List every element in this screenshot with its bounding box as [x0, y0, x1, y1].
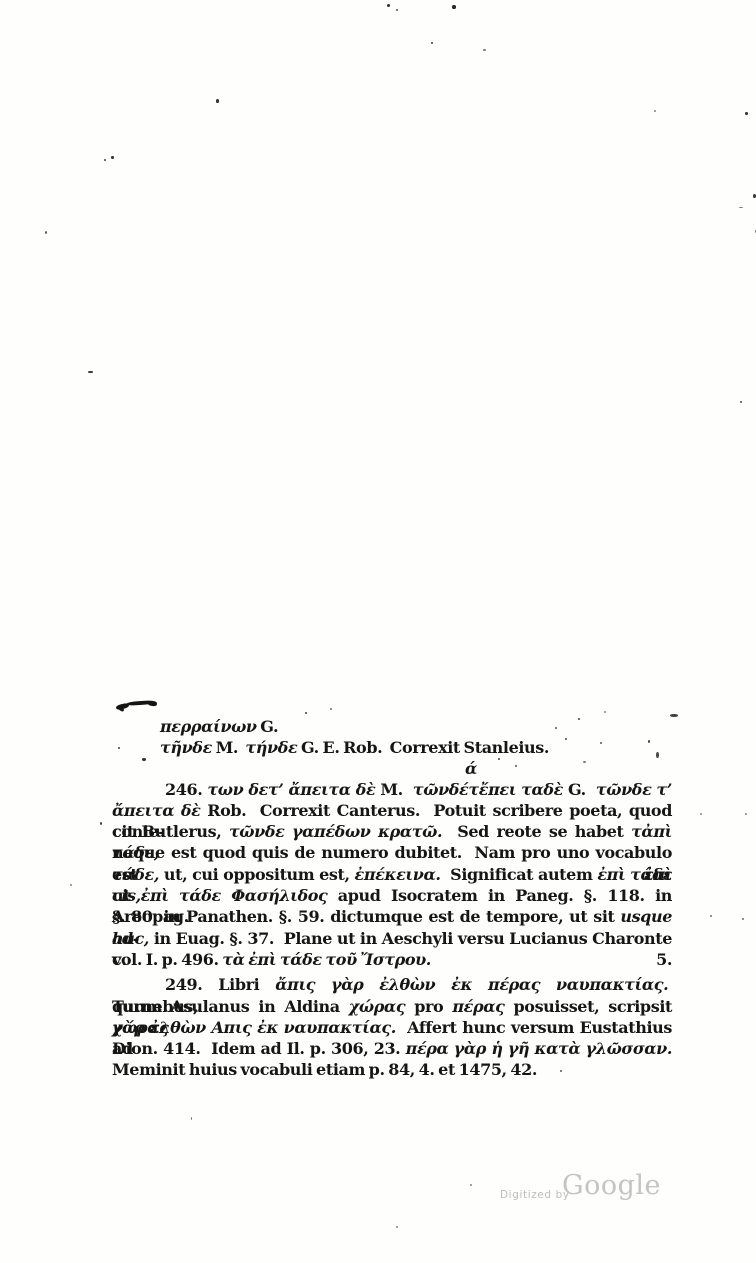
noise-speck: [305, 712, 307, 714]
noise-speck: [740, 401, 742, 403]
book-page-scan: περραίνων G.τῆνδε M. τήνδε G. E. Rob. Co…: [0, 0, 756, 1263]
text-line: ἄπειτα δὲ Rob. Correxit Canterus. Potuit…: [112, 800, 672, 821]
noise-speck: [470, 1184, 472, 1186]
text-line: neque est quod quis de numero dubitet. N…: [112, 842, 672, 863]
noise-speck: [111, 156, 114, 159]
noise-speck: [483, 49, 486, 51]
text-line: τάδε, ut, cui oppositum est, ἐπέκεινα. S…: [112, 864, 672, 885]
text-line: τῆνδε M. τήνδε G. E. Rob. Correxit Stanl…: [112, 737, 672, 758]
noise-speck: [739, 207, 743, 208]
noise-speck: [700, 813, 702, 815]
text-line: ut ἐπὶ τάδε Φασήλιδος apud Isocratem in …: [112, 885, 672, 906]
noise-speck: [742, 918, 744, 920]
text-line: Dion. 414. Idem ad Il. p. 306, 23. πέρα …: [112, 1038, 672, 1059]
noise-speck: [387, 4, 390, 7]
text-line: quum Asulanus in Aldina χώρας pro πέρας …: [112, 996, 672, 1017]
google-watermark: Digitized by Google: [498, 1174, 698, 1214]
text-line: §. 80. in Panathen. §. 59. dictumque est…: [112, 906, 672, 927]
noise-speck: [396, 9, 398, 11]
noise-speck: [745, 112, 748, 115]
text-line: γὰρ ἐλθὼν Απις ἐκ ναυπακτίας. Affert hun…: [112, 1017, 672, 1038]
noise-speck: [654, 110, 656, 112]
text-block: περραίνων G.τῆνδε M. τήνδε G. E. Rob. Co…: [112, 716, 672, 1081]
noise-speck: [452, 5, 456, 9]
stray-alpha-character: ά: [112, 759, 672, 779]
noise-speck: [100, 822, 102, 825]
noise-speck: [104, 159, 106, 161]
text-line: Meminit huius vocabuli etiam p. 84, 4. e…: [112, 1059, 672, 1080]
noise-speck: [745, 813, 747, 815]
text-line: huc, in Euag. §. 37. Plane ut in Aeschyl…: [112, 928, 672, 949]
noise-speck: [88, 371, 93, 373]
text-line: 249. Libri ἄπις γὰρ ἐλθὼν ἐκ πέρας ναυπα…: [112, 974, 672, 995]
google-logo-text: Google: [562, 1170, 661, 1201]
noise-speck: [45, 231, 47, 234]
text-line: περραίνων G.: [112, 716, 672, 737]
text-line: cit Butlerus, τῶνδε γαπέδων κρατῶ. Sed r…: [112, 821, 672, 842]
ink-smudge: [148, 701, 157, 707]
noise-speck: [191, 1117, 192, 1120]
noise-speck: [70, 884, 72, 886]
noise-speck: [431, 42, 433, 44]
noise-speck: [604, 711, 606, 713]
noise-speck: [330, 708, 332, 710]
text-line: 246. των δετ’ ἄπειτα δὲ M. τῶνδέτἔπει τα…: [112, 779, 672, 800]
noise-speck: [710, 915, 712, 917]
noise-speck: [396, 1226, 398, 1228]
noise-speck: [216, 99, 219, 103]
digitized-by-label: Digitized by: [500, 1189, 570, 1201]
